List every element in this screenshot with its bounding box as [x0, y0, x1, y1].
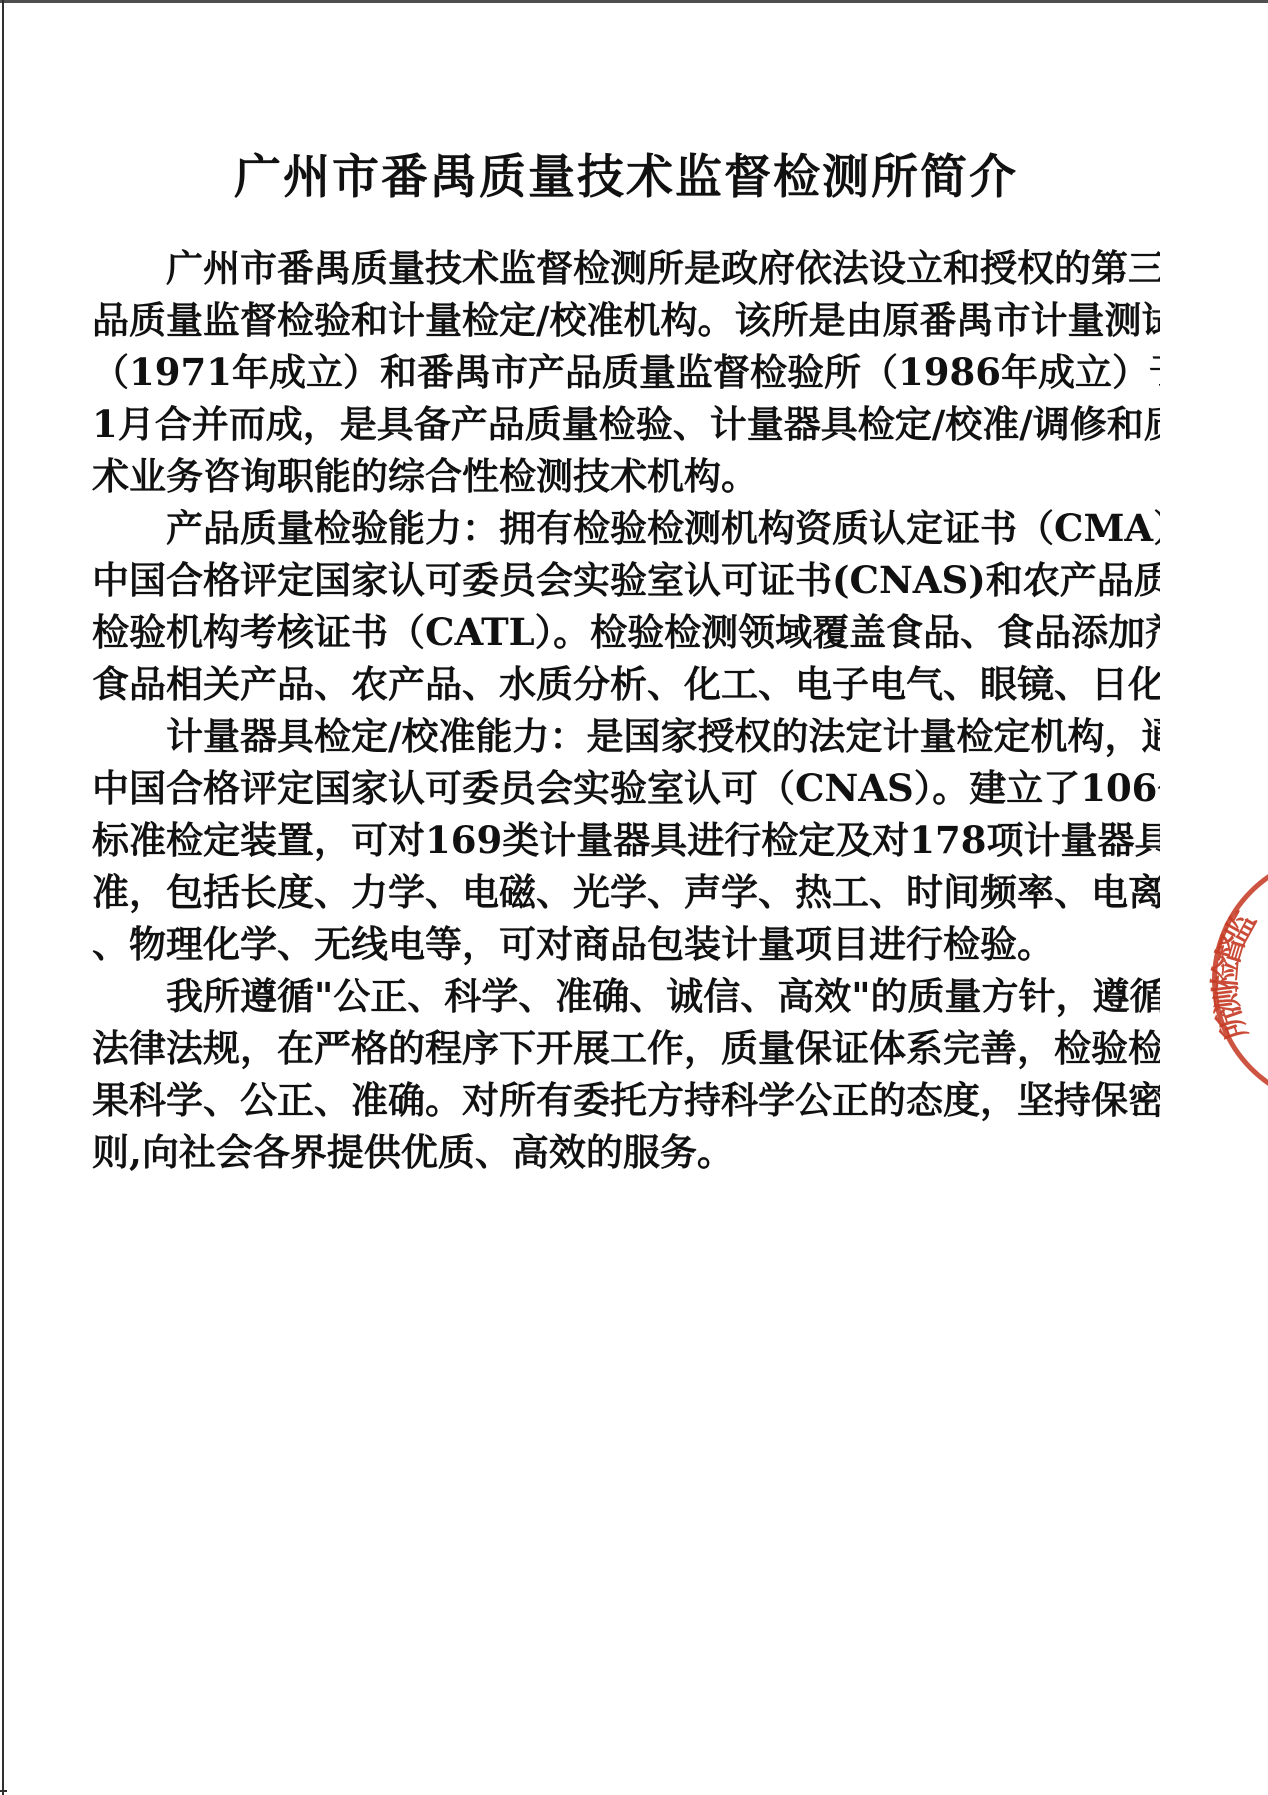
paragraph-line: 食品相关产品、农产品、水质分析、化工、电子电气、眼镜、日化、环保等。 — [92, 658, 1160, 710]
paragraph-line: 术业务咨询职能的综合性检测技术机构。 — [92, 450, 1160, 502]
paragraph-line: 中国合格评定国家认可委员会实验室认可证书(CNAS)和农产品质量 — [92, 554, 1160, 606]
paragraph-line: 广州市番禺质量技术监督检测所是政府依法设立和授权的第三方产 — [92, 242, 1160, 294]
paragraph-line: 品质量监督检验和计量检定/校准机构。该所是由原番禺市计量测试所 — [92, 294, 1160, 346]
paragraph-line: 计量器具检定/校准能力：是国家授权的法定计量检定机构，通过 — [92, 710, 1160, 762]
page-title: 广州市番禺质量技术监督检测所简介 — [92, 150, 1160, 206]
paragraph-line: 则,向社会各界提供优质、高效的服务。 — [92, 1126, 1160, 1178]
page-scan-edge-bottom-tick — [0, 1790, 7, 1792]
paragraph-2: 产品质量检验能力：拥有检验检测机构资质认定证书（CMA）、 中国合格评定国家认可… — [92, 502, 1160, 710]
paragraph-line: 、物理化学、无线电等，可对商品包装计量项目进行检验。 — [92, 918, 1160, 970]
paragraph-4: 我所遵循"公正、科学、准确、诚信、高效"的质量方针，遵循国家 法律法规，在严格的… — [92, 970, 1160, 1178]
document-page: 广州市番禺质量技术监督检测所简介 广州市番禺质量技术监督检测所是政府依法设立和授… — [0, 0, 1268, 1795]
paragraph-line: 检验机构考核证书（CATL）。检验检测领域覆盖食品、食品添加剂、 — [92, 606, 1160, 658]
paragraph-line: 产品质量检验能力：拥有检验检测机构资质认定证书（CMA）、 — [92, 502, 1160, 554]
paragraph-line: 果科学、公正、准确。对所有委托方持科学公正的态度，坚持保密的原 — [92, 1074, 1160, 1126]
paragraph-line: 准，包括长度、力学、电磁、光学、声学、热工、时间频率、电离辐射 — [92, 866, 1160, 918]
page-scan-edge-left — [2, 0, 4, 1795]
paragraph-line: 我所遵循"公正、科学、准确、诚信、高效"的质量方针，遵循国家 — [92, 970, 1160, 1022]
paragraph-1: 广州市番禺质量技术监督检测所是政府依法设立和授权的第三方产 品质量监督检验和计量… — [92, 242, 1160, 502]
paragraph-line: 1月合并而成，是具备产品质量检验、计量器具检定/校准/调修和质量技 — [92, 398, 1160, 450]
document-content: 广州市番禺质量技术监督检测所简介 广州市番禺质量技术监督检测所是政府依法设立和授… — [92, 0, 1160, 1178]
paragraph-line: （1971年成立）和番禺市产品质量监督检验所（1986年成立）于2003年 — [92, 346, 1160, 398]
document-body: 广州市番禺质量技术监督检测所是政府依法设立和授权的第三方产 品质量监督检验和计量… — [92, 242, 1160, 1178]
paragraph-line: 法律法规，在严格的程序下开展工作，质量保证体系完善，检验检测结 — [92, 1022, 1160, 1074]
paragraph-line: 中国合格评定国家认可委员会实验室认可（CNAS）。建立了106个计量 — [92, 762, 1160, 814]
paragraph-3: 计量器具检定/校准能力：是国家授权的法定计量检定机构，通过 中国合格评定国家认可… — [92, 710, 1160, 970]
paragraph-line: 标准检定装置，可对169类计量器具进行检定及对178项计量器具进行校 — [92, 814, 1160, 866]
